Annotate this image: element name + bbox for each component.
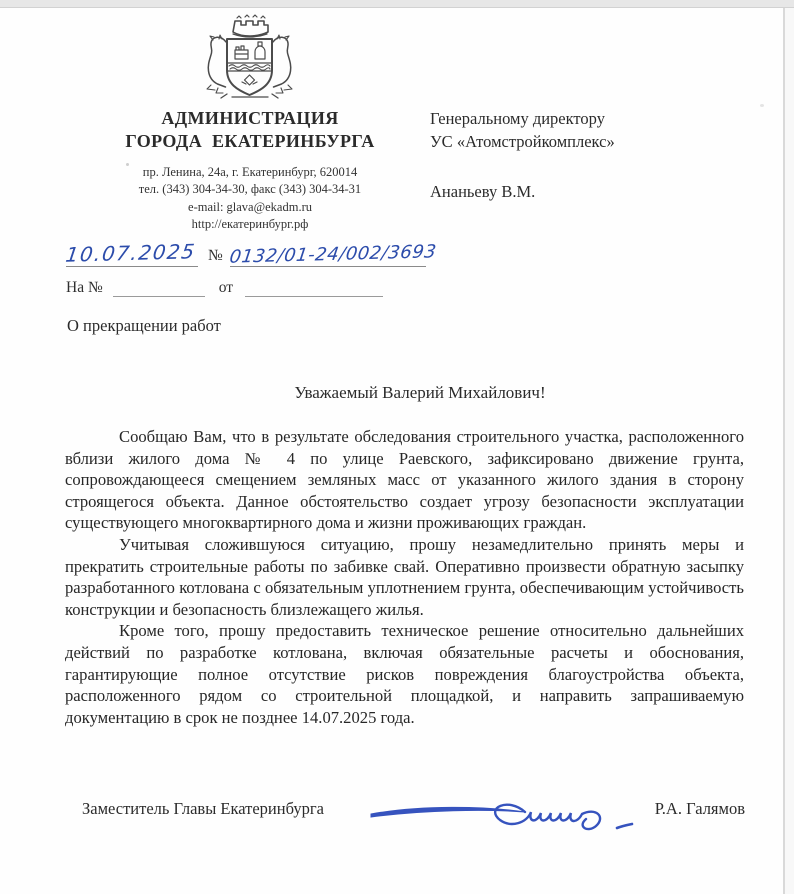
reference-row-incoming: На № от xyxy=(66,279,486,297)
incoming-date-label: от xyxy=(219,279,233,297)
recipient-block: Генеральному директору УС «Атомстройкомп… xyxy=(430,108,615,203)
organization-name-line2: ГОРОДА ЕКАТЕРИНБУРГА xyxy=(70,130,430,153)
incoming-number-blank xyxy=(113,281,205,297)
organization-name-line1: АДМИНИСТРАЦИЯ xyxy=(70,107,430,130)
scan-speck xyxy=(126,163,129,166)
outgoing-number-field: 0132/01-24/002/3693 xyxy=(230,244,426,267)
body-paragraph-1: Сообщаю Вам, что в результате обследован… xyxy=(65,426,744,534)
greeting-line: Уважаемый Валерий Михайлович! xyxy=(90,383,750,403)
number-sign-label: № xyxy=(208,247,223,265)
scan-edge-right xyxy=(783,8,794,894)
letterhead-phone-line: тел. (343) 304-34-30, факс (343) 304-34-… xyxy=(70,181,430,198)
signer-name: Р.А. Галямов xyxy=(655,799,745,819)
reference-block: 10.07.2025 № 0132/01-24/002/3693 На № от xyxy=(66,241,486,297)
body-paragraph-3: Кроме того, прошу предоставить техническ… xyxy=(65,620,744,728)
organization-name: АДМИНИСТРАЦИЯ ГОРОДА ЕКАТЕРИНБУРГА xyxy=(70,107,430,153)
subject-line: О прекращении работ xyxy=(67,316,221,336)
coat-of-arms-icon xyxy=(189,12,311,102)
signer-position: Заместитель Главы Екатеринбурга xyxy=(82,799,324,819)
handwritten-number: 0132/01-24/002/3693 xyxy=(228,241,438,267)
letterhead-email-line: e-mail: glava@ekadm.ru xyxy=(70,199,430,216)
incoming-date-blank xyxy=(245,281,383,297)
handwritten-date: 10.07.2025 xyxy=(64,239,197,266)
outgoing-date-field: 10.07.2025 xyxy=(66,241,198,267)
letterhead-contacts: пр. Ленина, 24а, г. Екатеринбург, 620014… xyxy=(70,164,430,233)
scan-speck xyxy=(760,104,764,107)
scan-edge-top xyxy=(0,0,794,8)
recipient-title-line1: Генеральному директору xyxy=(430,108,615,131)
body-paragraph-2: Учитывая сложившуюся ситуацию, прошу нез… xyxy=(65,534,744,620)
incoming-number-label: На № xyxy=(66,279,103,297)
letter-page: АДМИНИСТРАЦИЯ ГОРОДА ЕКАТЕРИНБУРГА пр. Л… xyxy=(0,8,783,894)
reference-row-outgoing: 10.07.2025 № 0132/01-24/002/3693 xyxy=(66,241,486,267)
letter-body: Сообщаю Вам, что в результате обследован… xyxy=(65,426,744,728)
letterhead-website-line: http://екатеринбург.рф xyxy=(70,216,430,233)
letterhead-address-line: пр. Ленина, 24а, г. Екатеринбург, 620014 xyxy=(70,164,430,181)
handwritten-signature-icon xyxy=(365,782,655,844)
recipient-name: Ананьеву В.М. xyxy=(430,181,615,204)
recipient-title-line2: УС «Атомстройкомплекс» xyxy=(430,131,615,154)
letterhead: АДМИНИСТРАЦИЯ ГОРОДА ЕКАТЕРИНБУРГА пр. Л… xyxy=(70,12,430,233)
signature-block: Заместитель Главы Екатеринбурга Р.А. Гал… xyxy=(65,780,745,852)
